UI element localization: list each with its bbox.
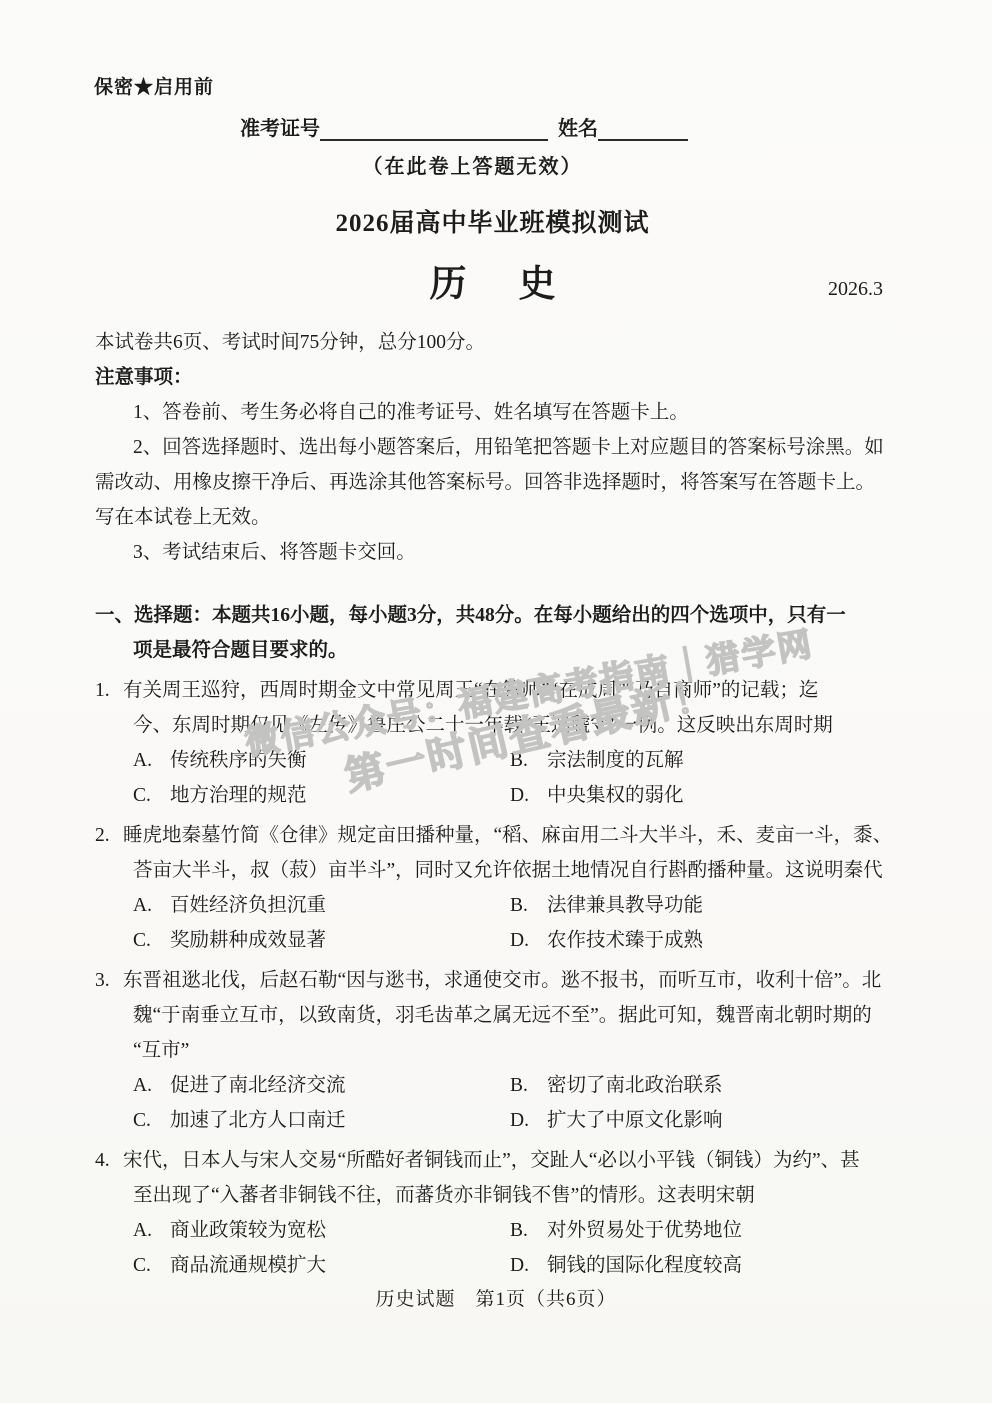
question-1-options-row-2: C.地方治理的规范 D.中央集权的弱化	[133, 778, 915, 813]
question-3: 3.东晋祖逖北伐，后赵石勒“因与逖书，求通使交市。逖不报书，而听互市，收利十倍”…	[95, 963, 915, 1138]
question-3-option-b: B.密切了南北政治联系	[510, 1068, 915, 1103]
question-4-options-row-2: C.商品流通规模扩大 D.铜钱的国际化程度较高	[133, 1248, 915, 1283]
candidate-info-row: 准考证号姓名	[240, 112, 688, 141]
option-text: 农作技术臻于成熟	[547, 923, 703, 958]
question-3-option-c: C.加速了北方人口南迁	[133, 1103, 510, 1138]
question-3-text: 东晋祖逖北伐，后赵石勒“因与逖书，求通使交市。逖不报书，而听互市，收利十倍”。北	[123, 970, 881, 991]
exam-title: 2026届高中毕业班模拟测试	[0, 203, 985, 239]
intro-block: 本试卷共6页、考试时间75分钟，总分100分。 注意事项： 1、答卷前、考生务必…	[95, 325, 913, 570]
question-2-line-2: 荅亩大半斗，叔（菽）亩半斗”，同时又允许依据土地情况自行斟酌播种量。这说明秦代	[133, 853, 915, 888]
question-1: 1.有关周王巡狩，西周时期金文中常见周王“在管师”“在成周”“乃自商师”的记载；…	[95, 673, 915, 813]
secrecy-notice: 保密★启用前	[94, 72, 214, 99]
question-1-option-c: C.地方治理的规范	[133, 778, 510, 813]
note-line-2-cont: 需改动、用橡皮擦干净后、再选涂其他答案标号。回答非选择题时，将答案写在答题卡上。	[95, 465, 913, 500]
option-label: A.	[133, 1068, 170, 1103]
name-blank	[598, 117, 688, 141]
invalid-answer-note: （在此卷上答题无效）	[0, 150, 945, 179]
option-text: 中央集权的弱化	[547, 778, 684, 813]
option-text: 宗法制度的瓦解	[547, 743, 684, 778]
question-2-option-c: C.奖励耕种成效显著	[133, 923, 510, 958]
question-2-text: 睡虎地秦墓竹简《仓律》规定亩田播种量，“稻、麻亩用二斗大半斗，禾、麦亩一斗，黍、	[123, 825, 892, 846]
question-4-option-d: D.铜钱的国际化程度较高	[510, 1248, 915, 1283]
exam-no-blank	[320, 117, 548, 141]
question-1-number: 1.	[95, 673, 110, 708]
question-4-text: 宋代，日本人与宋人交易“所酷好者铜钱而止”，交趾人“必以小平钱（铜钱）为约”、甚	[123, 1150, 860, 1171]
option-label: D.	[510, 1103, 547, 1138]
question-4-number: 4.	[95, 1143, 110, 1178]
question-4-option-b: B.对外贸易处于优势地位	[510, 1213, 915, 1248]
option-text: 铜钱的国际化程度较高	[547, 1248, 742, 1283]
question-2-options-row-2: C.奖励耕种成效显著 D.农作技术臻于成熟	[133, 923, 915, 958]
question-1-line-1: 1.有关周王巡狩，西周时期金文中常见周王“在管师”“在成周”“乃自商师”的记载；…	[95, 673, 915, 708]
paper-info: 本试卷共6页、考试时间75分钟，总分100分。	[95, 325, 913, 360]
question-2-number: 2.	[95, 818, 110, 853]
option-text: 对外贸易处于优势地位	[547, 1213, 742, 1248]
question-1-options-row-1: A.传统秩序的失衡 B.宗法制度的瓦解	[133, 743, 915, 778]
question-4: 4.宋代，日本人与宋人交易“所酷好者铜钱而止”，交趾人“必以小平钱（铜钱）为约”…	[95, 1143, 915, 1283]
subject-title: 历史	[430, 253, 608, 307]
question-3-option-a: A.促进了南北经济交流	[133, 1068, 510, 1103]
question-1-text: 有关周王巡狩，西周时期金文中常见周王“在管师”“在成周”“乃自商师”的记载；迄	[123, 680, 818, 701]
option-text: 商品流通规模扩大	[170, 1248, 326, 1283]
note-line-3: 3、考试结束后、将答题卡交回。	[133, 535, 913, 570]
question-2-line-1: 2.睡虎地秦墓竹简《仓律》规定亩田播种量，“稻、麻亩用二斗大半斗，禾、麦亩一斗，…	[95, 818, 915, 853]
option-label: B.	[510, 1213, 547, 1248]
question-4-line-2: 至出现了“入蕃者非铜钱不往，而蕃货亦非铜钱不售”的情形。这表明宋朝	[133, 1178, 915, 1213]
option-text: 密切了南北政治联系	[547, 1068, 723, 1103]
option-label: D.	[510, 923, 547, 958]
question-1-option-a: A.传统秩序的失衡	[133, 743, 510, 778]
exam-no-label: 准考证号	[240, 118, 320, 140]
option-text: 法律兼具教导功能	[547, 888, 703, 923]
exam-paper-page: 保密★启用前 准考证号姓名 （在此卷上答题无效） 2026届高中毕业班模拟测试 …	[0, 0, 992, 1403]
option-text: 促进了南北经济交流	[170, 1068, 346, 1103]
option-label: D.	[510, 778, 547, 813]
option-text: 奖励耕种成效显著	[170, 923, 326, 958]
section-heading-line2: 项是最符合题目要求的。	[133, 633, 915, 668]
option-text: 商业政策较为宽松	[170, 1213, 326, 1248]
option-label: C.	[133, 923, 170, 958]
note-line-2-cont2: 写在本试卷上无效。	[95, 500, 913, 535]
option-label: A.	[133, 743, 170, 778]
question-1-option-b: B.宗法制度的瓦解	[510, 743, 915, 778]
option-label: B.	[510, 1068, 547, 1103]
option-label: A.	[133, 888, 170, 923]
option-label: B.	[510, 743, 547, 778]
question-2-option-b: B.法律兼具教导功能	[510, 888, 915, 923]
option-label: A.	[133, 1213, 170, 1248]
question-2-option-a: A.百姓经济负担沉重	[133, 888, 510, 923]
question-2-option-d: D.农作技术臻于成熟	[510, 923, 915, 958]
page-footer: 历史试题 第1页（共6页）	[0, 1284, 992, 1311]
question-3-options-row-1: A.促进了南北经济交流 B.密切了南北政治联系	[133, 1068, 915, 1103]
option-label: C.	[133, 778, 170, 813]
option-text: 地方治理的规范	[170, 778, 307, 813]
notes-title: 注意事项：	[95, 360, 913, 395]
section-heading-line1: 一、选择题：本题共16小题，每小题3分，共48分。在每小题给出的四个选项中，只有…	[95, 598, 915, 633]
option-label: C.	[133, 1103, 170, 1138]
note-line-1: 1、答卷前、考生务必将自己的准考证号、姓名填写在答题卡上。	[133, 395, 913, 430]
question-1-option-d: D.中央集权的弱化	[510, 778, 915, 813]
question-4-option-c: C.商品流通规模扩大	[133, 1248, 510, 1283]
question-2-options-row-1: A.百姓经济负担沉重 B.法律兼具教导功能	[133, 888, 915, 923]
option-label: B.	[510, 888, 547, 923]
name-label: 姓名	[558, 118, 598, 140]
option-text: 加速了北方人口南迁	[170, 1103, 346, 1138]
question-3-line-1: 3.东晋祖逖北伐，后赵石勒“因与逖书，求通使交市。逖不报书，而听互市，收利十倍”…	[95, 963, 915, 998]
option-label: C.	[133, 1248, 170, 1283]
question-3-line-3: “互市”	[133, 1033, 915, 1068]
question-2: 2.睡虎地秦墓竹简《仓律》规定亩田播种量，“稻、麻亩用二斗大半斗，禾、麦亩一斗，…	[95, 818, 915, 958]
question-3-number: 3.	[95, 963, 110, 998]
question-4-line-1: 4.宋代，日本人与宋人交易“所酷好者铜钱而止”，交趾人“必以小平钱（铜钱）为约”…	[95, 1143, 915, 1178]
question-3-options-row-2: C.加速了北方人口南迁 D.扩大了中原文化影响	[133, 1103, 915, 1138]
question-1-line-2: 今、东周时期仅见《左传》鲁庄公二十一年载“王巡虢守”一例。这反映出东周时期	[133, 708, 915, 743]
option-text: 扩大了中原文化影响	[547, 1103, 723, 1138]
note-line-2: 2、回答选择题时、选出每小题答案后，用铅笔把答题卡上对应题目的答案标号涂黑。如	[133, 430, 913, 465]
question-4-option-a: A.商业政策较为宽松	[133, 1213, 510, 1248]
question-3-option-d: D.扩大了中原文化影响	[510, 1103, 915, 1138]
option-text: 百姓经济负担沉重	[170, 888, 326, 923]
option-text: 传统秩序的失衡	[170, 743, 307, 778]
questions-section: 一、选择题：本题共16小题，每小题3分，共48分。在每小题给出的四个选项中，只有…	[95, 598, 915, 1283]
option-label: D.	[510, 1248, 547, 1283]
exam-date: 2026.3	[828, 278, 883, 301]
question-4-options-row-1: A.商业政策较为宽松 B.对外贸易处于优势地位	[133, 1213, 915, 1248]
question-3-line-2: 魏“于南垂立互市，以致南货，羽毛齿革之属无远不至”。据此可知，魏晋南北朝时期的	[133, 998, 915, 1033]
